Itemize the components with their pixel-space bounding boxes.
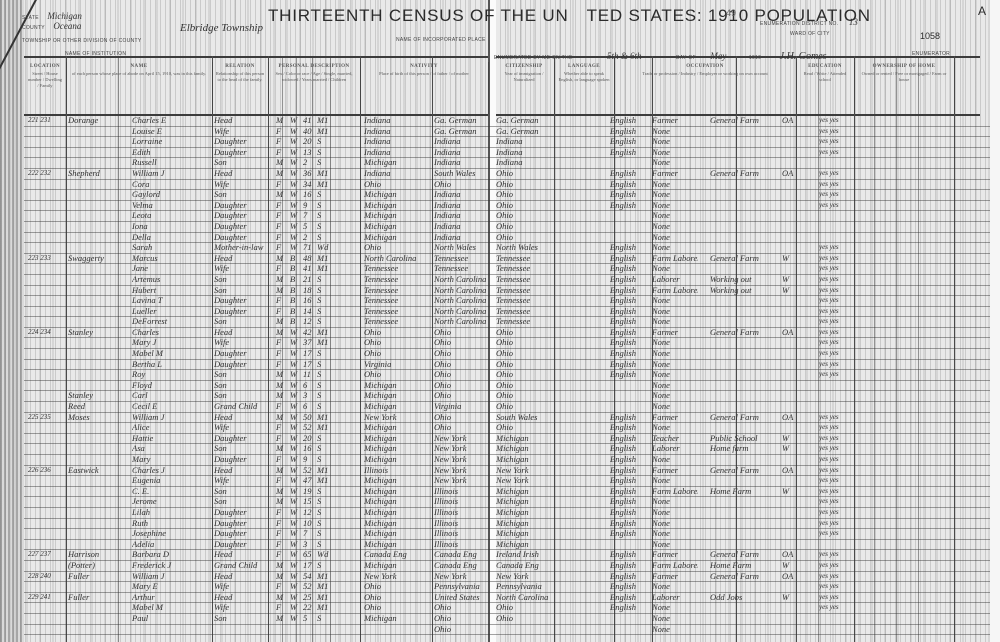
given-name: Artemus <box>132 274 212 284</box>
literacy: yes yes <box>819 475 879 485</box>
race: B <box>290 306 300 316</box>
dwelling-family-number: 222 232 <box>28 168 58 178</box>
sex: M <box>276 369 286 379</box>
literacy: yes yes <box>819 136 879 146</box>
marital-status: S <box>317 200 329 210</box>
birthplace: Michigan <box>364 380 436 390</box>
age: 20 <box>303 433 315 443</box>
mother-birthplace: Tennessee <box>496 253 556 263</box>
birthplace: Indiana <box>364 126 436 136</box>
mother-birthplace: Ohio <box>496 168 556 178</box>
language: English <box>610 295 650 305</box>
sex: F <box>276 210 286 220</box>
marital-status: S <box>317 157 329 167</box>
industry: General Farm <box>710 115 790 125</box>
relation: Wife <box>214 263 270 273</box>
mother-birthplace: Indiana <box>496 136 556 146</box>
language: English <box>610 147 650 157</box>
trade: Farmer <box>652 115 698 125</box>
industry: Home Farm <box>710 560 790 570</box>
sex: F <box>276 179 286 189</box>
trade: Farmer <box>652 549 698 559</box>
father-birthplace: Ohio <box>434 337 504 347</box>
given-name: Jane <box>132 263 212 273</box>
mother-birthplace: Tennessee <box>496 316 556 326</box>
father-birthplace: Illinois <box>434 496 504 506</box>
marital-status: S <box>317 359 329 369</box>
marital-status: S <box>317 401 329 411</box>
sex: M <box>276 560 286 570</box>
relation: Head <box>214 412 270 422</box>
birthplace: Michigan <box>364 560 436 570</box>
trade: None <box>652 507 698 517</box>
mother-birthplace: Michigan <box>496 507 556 517</box>
father-birthplace: Illinois <box>434 528 504 538</box>
sheet-side: A <box>978 4 986 18</box>
race: B <box>290 263 300 273</box>
race: W <box>290 210 300 220</box>
given-name: Velma <box>132 200 212 210</box>
given-name: Lilah <box>132 507 212 517</box>
literacy: yes yes <box>819 422 879 432</box>
language: English <box>610 115 650 125</box>
father-birthplace: Ohio <box>434 390 504 400</box>
age: 16 <box>303 189 315 199</box>
surname: Reed <box>68 401 118 411</box>
relation: Son <box>214 390 270 400</box>
trade: Laborer <box>652 443 698 453</box>
mother-birthplace: Canada Eng <box>496 560 556 570</box>
father-birthplace: United States <box>434 592 504 602</box>
sex: F <box>276 518 286 528</box>
trade: Farmer <box>652 168 698 178</box>
surname: Eastwick <box>68 465 118 475</box>
literacy: yes yes <box>819 295 879 305</box>
age: 10 <box>303 518 315 528</box>
given-name: DeForrest <box>132 316 212 326</box>
mother-birthplace: Tennessee <box>496 285 556 295</box>
language: English <box>610 422 650 432</box>
birthplace: Indiana <box>364 115 436 125</box>
given-name: Mabel M <box>132 602 212 612</box>
relation: Son <box>214 486 270 496</box>
race: W <box>290 465 300 475</box>
sex: F <box>276 528 286 538</box>
trade: None <box>652 232 698 242</box>
race: W <box>290 401 300 411</box>
language: English <box>610 327 650 337</box>
given-name: Eugenia <box>132 475 212 485</box>
marital-status: Wd <box>317 242 329 252</box>
language: English <box>610 518 650 528</box>
father-birthplace: Illinois <box>434 507 504 517</box>
birthplace: Michigan <box>364 157 436 167</box>
father-birthplace: Canada Eng <box>434 560 504 570</box>
age: 47 <box>303 475 315 485</box>
sex: F <box>276 401 286 411</box>
relation: Son <box>214 274 270 284</box>
marital-status: M1 <box>317 422 329 432</box>
race: W <box>290 221 300 231</box>
relation: Head <box>214 115 270 125</box>
trade: Farmer <box>652 327 698 337</box>
birthplace: Indiana <box>364 147 436 157</box>
given-name: Mary J <box>132 337 212 347</box>
age: 40 <box>303 126 315 136</box>
birthplace: Canada Eng <box>364 549 436 559</box>
race: W <box>290 348 300 358</box>
father-birthplace: New York <box>434 571 504 581</box>
relation: Daughter <box>214 221 270 231</box>
father-birthplace: Illinois <box>434 518 504 528</box>
father-birthplace: Canada Eng <box>434 549 504 559</box>
mother-birthplace: Michigan <box>496 433 556 443</box>
birthplace: Michigan <box>364 221 436 231</box>
literacy: yes yes <box>819 147 879 157</box>
birthplace: Ohio <box>364 179 436 189</box>
given-name: Frederick J <box>132 560 212 570</box>
relation: Daughter <box>214 454 270 464</box>
mother-birthplace: Ohio <box>496 369 556 379</box>
birthplace: New York <box>364 412 436 422</box>
employment-class: OA <box>782 549 802 559</box>
language: English <box>610 136 650 146</box>
birthplace: Illinois <box>364 465 436 475</box>
language: English <box>610 486 650 496</box>
sex: M <box>276 189 286 199</box>
col-header-language: LanguageWhether able to speak English, o… <box>554 62 615 114</box>
literacy: yes yes <box>819 496 879 506</box>
age: 18 <box>303 285 315 295</box>
sex: M <box>276 316 286 326</box>
language: English <box>610 412 650 422</box>
sex: M <box>276 571 286 581</box>
scan-right-margin <box>990 0 1000 642</box>
given-name: Barbara D <box>132 549 212 559</box>
marital-status: S <box>317 528 329 538</box>
surname: Stanley <box>68 390 118 400</box>
literacy: yes yes <box>819 507 879 517</box>
birthplace: New York <box>364 571 436 581</box>
given-name: Roy <box>132 369 212 379</box>
age: 12 <box>303 507 315 517</box>
given-name: Louise E <box>132 126 212 136</box>
relation: Daughter <box>214 518 270 528</box>
father-birthplace: Ohio <box>434 613 504 623</box>
sex: M <box>276 592 286 602</box>
trade: None <box>652 136 698 146</box>
age: 3 <box>303 539 315 549</box>
race: W <box>290 443 300 453</box>
enumerator-name: J.H. Gomes <box>780 51 827 62</box>
language: English <box>610 285 650 295</box>
given-name: Russell <box>132 157 212 167</box>
literacy: yes yes <box>819 263 879 273</box>
sex: M <box>276 486 286 496</box>
dwelling-family-number: 221 231 <box>28 115 58 125</box>
mother-birthplace: Michigan <box>496 443 556 453</box>
age: 14 <box>303 306 315 316</box>
industry: General Farm <box>710 465 790 475</box>
sex: F <box>276 200 286 210</box>
father-birthplace: Illinois <box>434 486 504 496</box>
relation: Head <box>214 253 270 263</box>
relation: Grand Child <box>214 401 270 411</box>
relation: Daughter <box>214 528 270 538</box>
age: 17 <box>303 560 315 570</box>
trade: None <box>652 581 698 591</box>
literacy: yes yes <box>819 115 879 125</box>
enumeration-district-value: 13 <box>849 17 858 27</box>
literacy: yes yes <box>819 242 879 252</box>
father-birthplace: Indiana <box>434 157 504 167</box>
birthplace: Michigan <box>364 475 436 485</box>
given-name: Mary E <box>132 581 212 591</box>
relation: Daughter <box>214 210 270 220</box>
birthplace: Michigan <box>364 390 436 400</box>
trade: None <box>652 263 698 273</box>
birthplace: Ohio <box>364 327 436 337</box>
age: 21 <box>303 274 315 284</box>
trade: Laborer <box>652 592 698 602</box>
age: 7 <box>303 210 315 220</box>
mother-birthplace: Ohio <box>496 602 556 612</box>
birthplace: Ohio <box>364 348 436 358</box>
race: W <box>290 369 300 379</box>
birthplace: Michigan <box>364 518 436 528</box>
race: W <box>290 157 300 167</box>
literacy: yes yes <box>819 168 879 178</box>
given-name: Floyd <box>132 380 212 390</box>
language: English <box>610 189 650 199</box>
marital-status: S <box>317 306 329 316</box>
mother-birthplace: Ohio <box>496 390 556 400</box>
mother-birthplace: Ohio <box>496 337 556 347</box>
employment-class: W <box>782 443 802 453</box>
mother-birthplace: North Wales <box>496 242 556 252</box>
mother-birthplace: Michigan <box>496 496 556 506</box>
marital-status: S <box>317 433 329 443</box>
trade: Farm Laborer <box>652 253 698 263</box>
sex: M <box>276 443 286 453</box>
race: B <box>290 295 300 305</box>
marital-status: S <box>317 136 329 146</box>
relation: Head <box>214 549 270 559</box>
trade: None <box>652 422 698 432</box>
census-record-row: Paul Son M W 5 S Michigan Ohio Ohio None <box>24 614 990 625</box>
given-name: Charles <box>132 327 212 337</box>
sex: F <box>276 507 286 517</box>
age: 13 <box>303 147 315 157</box>
institution-field: NAME OF INSTITUTION <box>65 42 126 60</box>
father-birthplace: Virginia <box>434 401 504 411</box>
race: B <box>290 253 300 263</box>
given-name: Mabel M <box>132 348 212 358</box>
given-name: Adelia <box>132 539 212 549</box>
literacy: yes yes <box>819 443 879 453</box>
mother-birthplace: Ga. German <box>496 115 556 125</box>
enumerated-day: 5th & 6th <box>607 51 642 61</box>
trade: None <box>652 242 698 252</box>
language: English <box>610 348 650 358</box>
relation: Mother-in-law <box>214 242 270 252</box>
given-name: Leota <box>132 210 212 220</box>
marital-status: S <box>317 295 329 305</box>
birthplace: Tennessee <box>364 306 436 316</box>
relation: Son <box>214 157 270 167</box>
employment-class: W <box>782 274 802 284</box>
birthplace: Michigan <box>364 486 436 496</box>
literacy: yes yes <box>819 316 879 326</box>
given-name: C. E. <box>132 486 212 496</box>
census-records: 221 231 Dorange Charles E Head M W 41 M1… <box>24 116 990 635</box>
given-name: Iona <box>132 221 212 231</box>
father-birthplace: Ohio <box>434 624 504 634</box>
dwelling-family-number: 223 233 <box>28 253 58 263</box>
dwelling-family-number: 228 240 <box>28 571 58 581</box>
sex: M <box>276 613 286 623</box>
birthplace: Ohio <box>364 337 436 347</box>
trade: None <box>652 401 698 411</box>
relation: Daughter <box>214 147 270 157</box>
given-name: Arthur <box>132 592 212 602</box>
race: W <box>290 168 300 178</box>
mother-birthplace: Indiana <box>496 157 556 167</box>
sex: F <box>276 422 286 432</box>
mother-birthplace: Michigan <box>496 518 556 528</box>
dwelling-family-number: 225 235 <box>28 412 58 422</box>
industry: Home farm <box>710 443 790 453</box>
relation: Grand Child <box>214 560 270 570</box>
mother-birthplace: Ohio <box>496 200 556 210</box>
sex: M <box>276 285 286 295</box>
given-name: Bertha L <box>132 359 212 369</box>
given-name: Sarah <box>132 242 212 252</box>
trade: None <box>652 126 698 136</box>
census-page-scan: STATE Michigan COUNTY Oceana TOWNSHIP OR… <box>0 0 990 642</box>
mother-birthplace: Michigan <box>496 486 556 496</box>
sex: F <box>276 348 286 358</box>
birthplace: Ohio <box>364 592 436 602</box>
trade: None <box>652 147 698 157</box>
language: English <box>610 126 650 136</box>
given-name: Charles E <box>132 115 212 125</box>
age: 54 <box>303 571 315 581</box>
language: English <box>610 549 650 559</box>
given-name: Della <box>132 232 212 242</box>
language: English <box>610 581 650 591</box>
marital-status: M1 <box>317 412 329 422</box>
trade: None <box>652 602 698 612</box>
race: B <box>290 316 300 326</box>
employment-class: OA <box>782 571 802 581</box>
employment-class: OA <box>782 168 802 178</box>
literacy: yes yes <box>819 369 879 379</box>
marital-status: M1 <box>317 179 329 189</box>
language: English <box>610 242 650 252</box>
sex: F <box>276 359 286 369</box>
literacy: yes yes <box>819 592 879 602</box>
race: W <box>290 412 300 422</box>
language: English <box>610 602 650 612</box>
literacy: yes yes <box>819 560 879 570</box>
mother-birthplace: Ohio <box>496 327 556 337</box>
trade: Farm Laborer <box>652 285 698 295</box>
mother-birthplace: Ohio <box>496 210 556 220</box>
dwelling-family-number: 226 236 <box>28 465 58 475</box>
relation: Son <box>214 316 270 326</box>
trade: Farmer <box>652 465 698 475</box>
enumerated-date-field: ENUMERATED BY ME ON THE 5th & 6th DAY OF… <box>494 46 827 64</box>
sex: F <box>276 581 286 591</box>
father-birthplace: Ga. German <box>434 126 504 136</box>
literacy: yes yes <box>819 126 879 136</box>
mother-birthplace: Ohio <box>496 401 556 411</box>
language: English <box>610 253 650 263</box>
language: English <box>610 465 650 475</box>
father-birthplace: Ohio <box>434 179 504 189</box>
father-birthplace: Ohio <box>434 359 504 369</box>
given-name: William J <box>132 168 212 178</box>
mother-birthplace: Ohio <box>496 380 556 390</box>
father-birthplace: Indiana <box>434 136 504 146</box>
given-name: Marcus <box>132 253 212 263</box>
trade: None <box>652 475 698 485</box>
mother-birthplace: Tennessee <box>496 295 556 305</box>
father-birthplace: Tennessee <box>434 253 504 263</box>
birthplace: Ohio <box>364 242 436 252</box>
mother-birthplace: Ohio <box>496 613 556 623</box>
col-header-ownership: Ownership of HomeOwned or rented / Free … <box>854 62 955 114</box>
sex: F <box>276 263 286 273</box>
father-birthplace: Tennessee <box>434 263 504 273</box>
race: W <box>290 433 300 443</box>
literacy: yes yes <box>819 528 879 538</box>
industry: Home Farm <box>710 486 790 496</box>
age: 2 <box>303 232 315 242</box>
col-header-personal: Personal DescriptionSex / Color or race … <box>268 62 361 114</box>
marital-status: S <box>317 285 329 295</box>
marital-status: S <box>317 221 329 231</box>
father-birthplace: New York <box>434 433 504 443</box>
given-name: Hattie <box>132 433 212 443</box>
race: W <box>290 147 300 157</box>
incorporated-place-field: NAME OF INCORPORATED PLACE <box>396 28 486 46</box>
given-name: Carl <box>132 390 212 400</box>
employment-class: OA <box>782 412 802 422</box>
race: W <box>290 613 300 623</box>
relation: Son <box>214 369 270 379</box>
col-header-education: EducationRead / Write / Attended school <box>796 62 855 114</box>
age: 25 <box>303 592 315 602</box>
age: 20 <box>303 136 315 146</box>
mother-birthplace: Tennessee <box>496 263 556 273</box>
marital-status: S <box>317 274 329 284</box>
mother-birthplace: Michigan <box>496 539 556 549</box>
father-birthplace: New York <box>434 454 504 464</box>
mother-birthplace: New York <box>496 475 556 485</box>
surname: Fuller <box>68 571 118 581</box>
language: English <box>610 507 650 517</box>
marital-status: M1 <box>317 253 329 263</box>
industry: General Farm <box>710 327 790 337</box>
surname: Swaggerty <box>68 253 118 263</box>
race: W <box>290 242 300 252</box>
age: 3 <box>303 390 315 400</box>
sex: M <box>276 327 286 337</box>
birthplace: Tennessee <box>364 295 436 305</box>
race: W <box>290 189 300 199</box>
